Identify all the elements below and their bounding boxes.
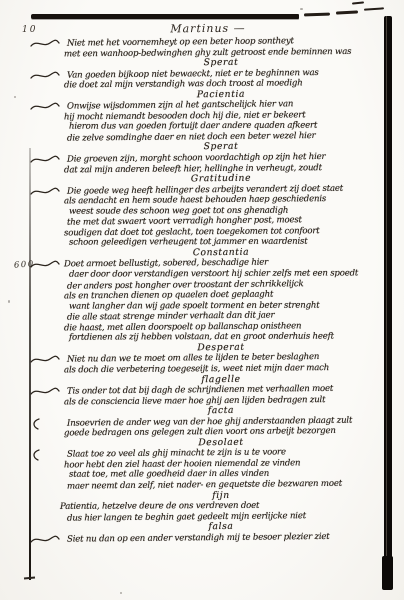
manuscript-paragraph: Die groeven zijn, morght schoon voordach… xyxy=(60,153,382,185)
manuscript-paragraph: Patientia, hetzelve deure de ons verdrev… xyxy=(60,501,382,533)
manuscript-paragraph: Van goeden bijkoop niet bewaeckt, niet e… xyxy=(60,69,382,101)
paragraph-flourish-icon xyxy=(30,70,60,82)
manuscript-paragraph: Insoevrien de ander weg van der hoe ghij… xyxy=(60,417,382,449)
paragraph-flourish-icon xyxy=(30,154,60,166)
top-rule xyxy=(31,14,299,19)
scan-mark xyxy=(364,7,384,10)
scan-speckle xyxy=(120,592,122,594)
manuscript-paragraph: 600Doet armoet bellustigt, sobered, besc… xyxy=(60,258,382,353)
paragraph-flourish-icon xyxy=(30,354,60,366)
paragraph-flourish-icon xyxy=(30,386,60,398)
scan-mark xyxy=(304,13,330,17)
folio-number: 10 xyxy=(22,25,37,35)
manuscript-line: Siet nu dan op een ander verstandigh mij… xyxy=(67,531,389,545)
margin-number: 600 xyxy=(14,260,35,271)
page-header-title: Martinus — xyxy=(58,21,358,37)
manuscript-paragraph: Die goede weg heeft hellinger des arbeij… xyxy=(60,185,382,259)
manuscript-paragraph: Tis onder tot dat bij dagh de schrijndie… xyxy=(60,385,382,417)
paragraph-flourish-icon xyxy=(30,449,60,461)
paragraph-flourish-icon xyxy=(30,418,60,430)
scan-mark xyxy=(336,10,358,14)
right-border-foot xyxy=(382,556,393,590)
scan-speckle xyxy=(14,96,16,98)
scan-speckle xyxy=(300,8,303,10)
manuscript-paragraph: Siet nu dan op een ander verstandigh mij… xyxy=(60,533,382,544)
manuscript-paragraph: Niet nu dan we te moet om alles te lijde… xyxy=(60,353,382,385)
manuscript-paragraph: Onwijse wijsdommen zijn al het gantschel… xyxy=(60,100,382,153)
manuscript-paragraph: Slaat toe zo veel als ghij minacht te zi… xyxy=(60,448,382,501)
paragraph-flourish-icon xyxy=(30,186,60,198)
manuscript-body: Niet met het voornemheyt op een beter ho… xyxy=(60,37,382,543)
scan-mark xyxy=(352,1,364,4)
paragraph-flourish-icon xyxy=(30,101,60,113)
manuscript-page: 10 Martinus — Niet met het voornemheyt o… xyxy=(0,0,404,600)
manuscript-paragraph: Niet met het voornemheyt op een beter ho… xyxy=(60,37,382,69)
scan-speckle xyxy=(8,300,10,303)
paragraph-flourish-icon xyxy=(30,38,60,50)
paragraph-flourish-icon xyxy=(30,534,60,546)
